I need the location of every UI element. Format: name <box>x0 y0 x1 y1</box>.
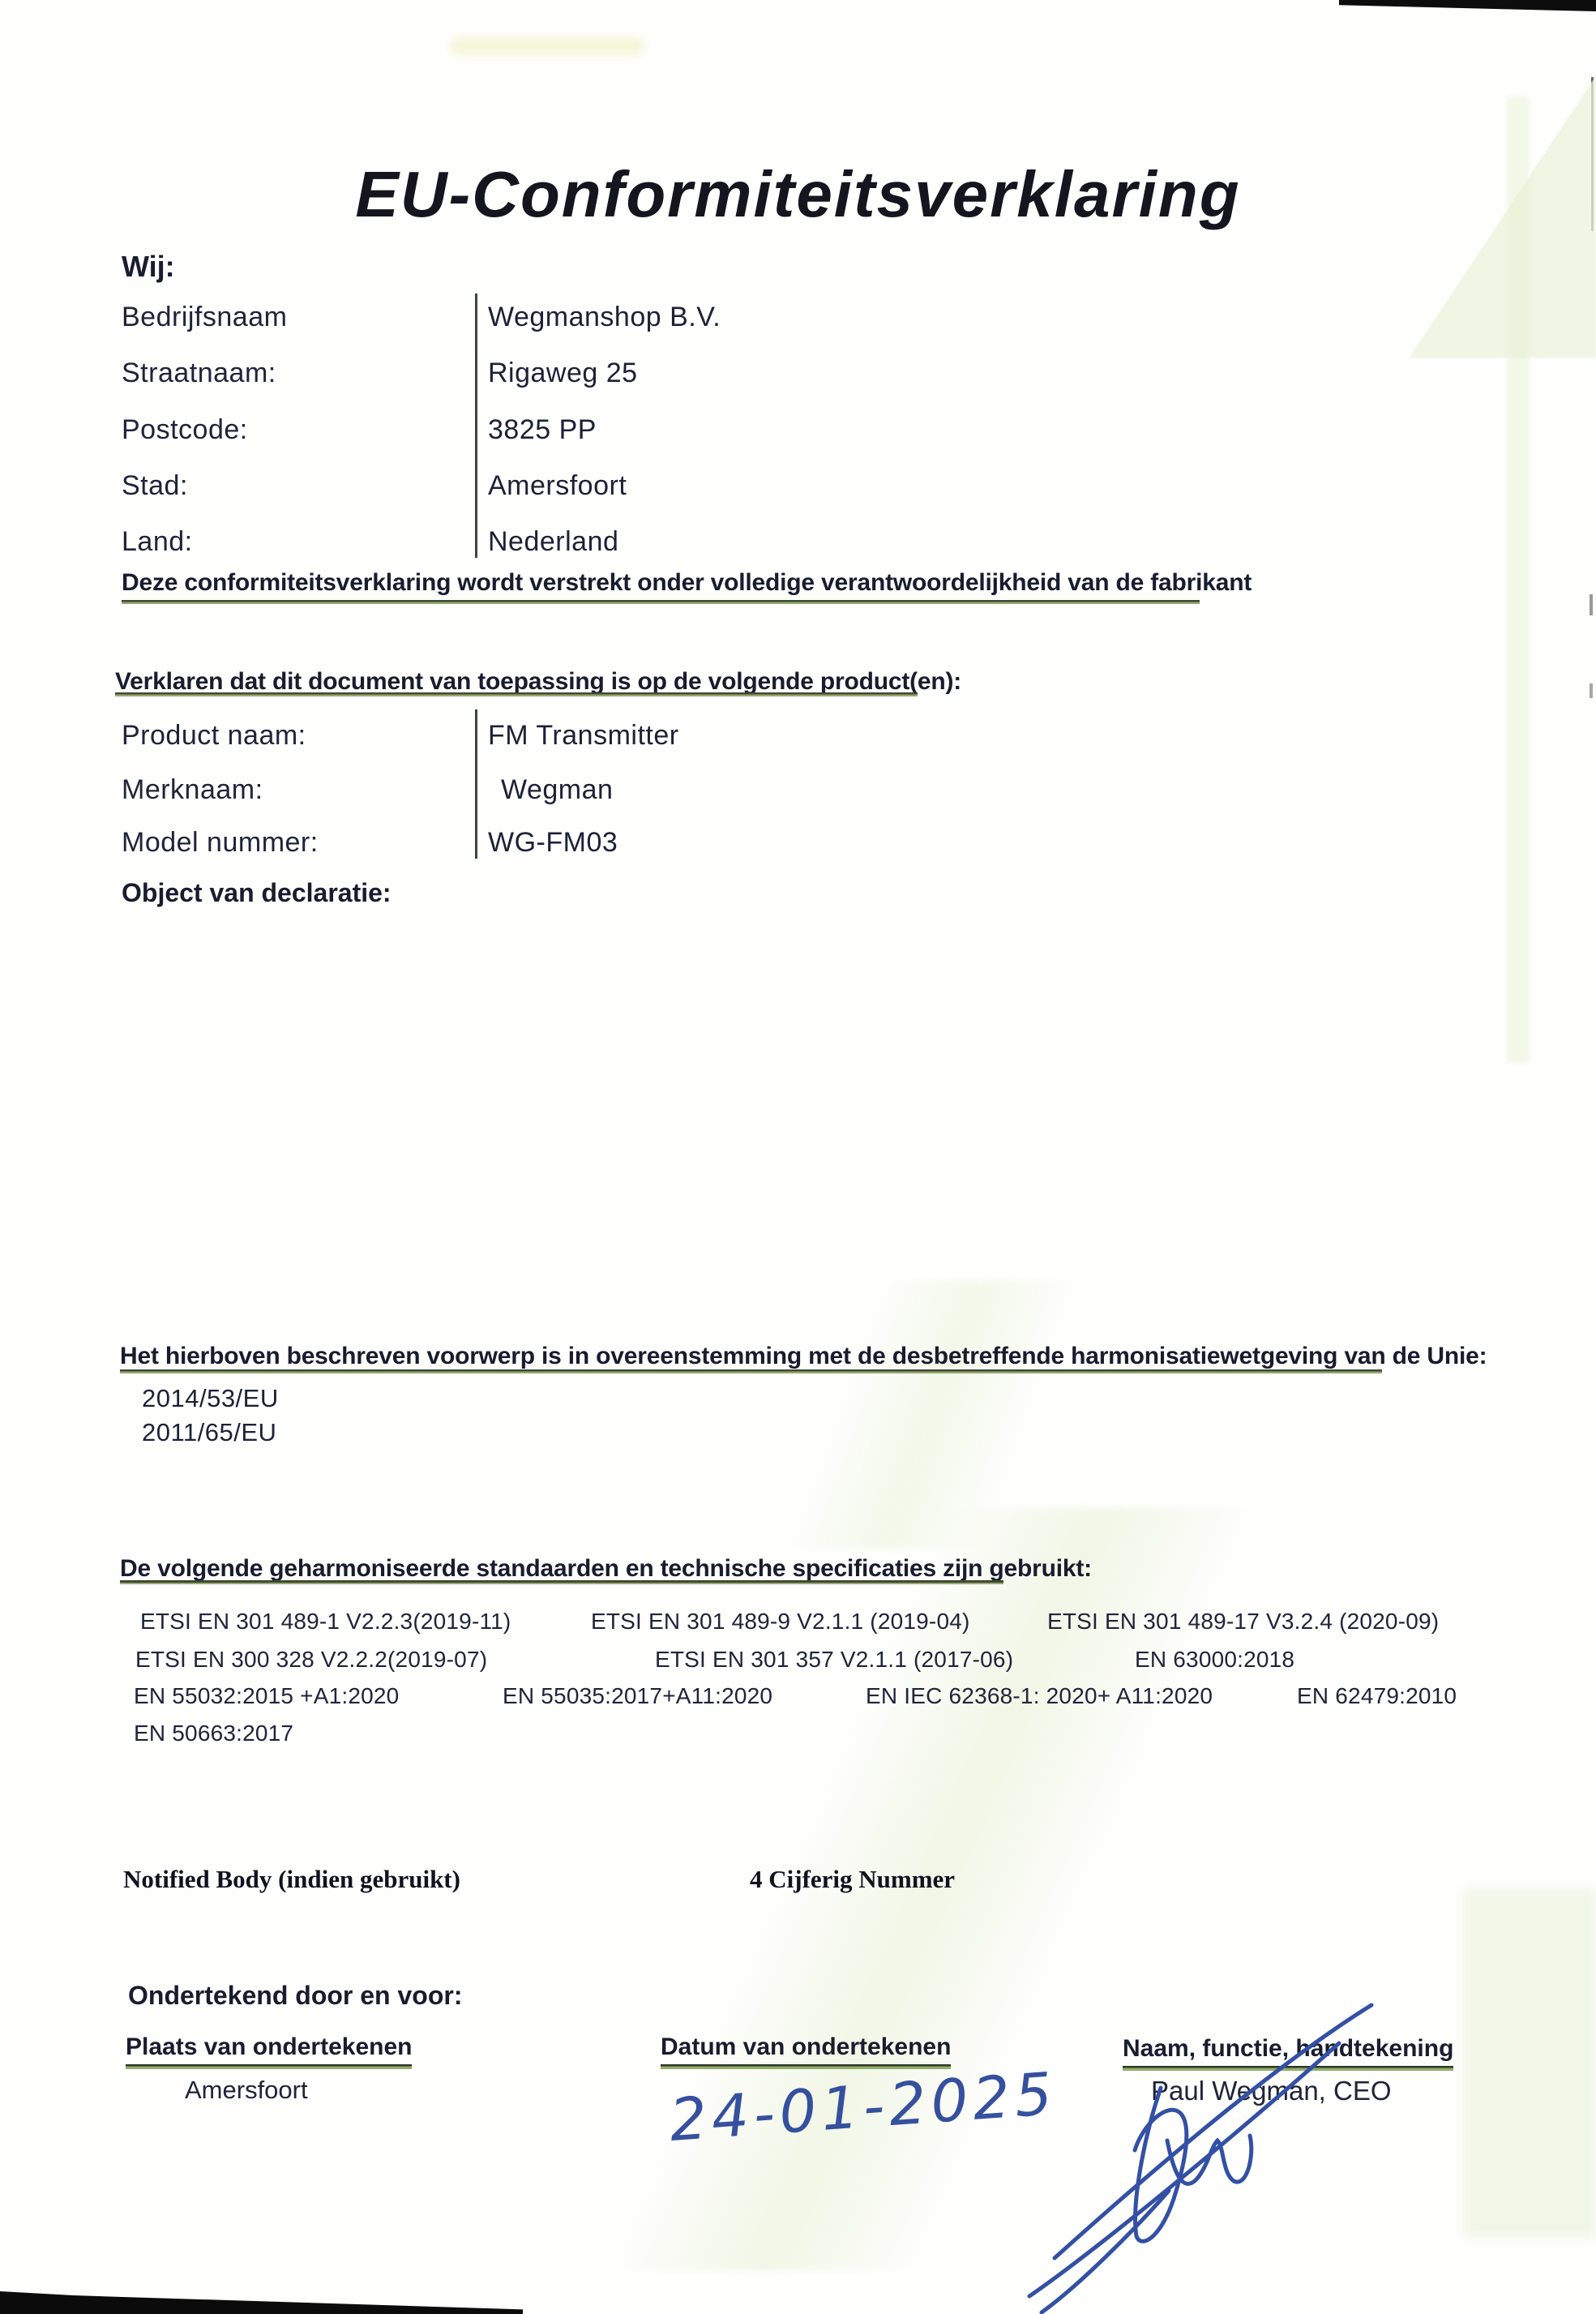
standard-item: ETSI EN 301 489-17 V3.2.4 (2020-09) <box>1047 1609 1439 1635</box>
statement-responsibility: Deze conformiteitsverklaring wordt verst… <box>122 569 1252 597</box>
notified-body-label: Notified Body (indien gebruikt) <box>123 1865 460 1894</box>
company-separator-line <box>475 294 477 558</box>
field-label-city: Stad: <box>122 470 188 502</box>
product-separator-line <box>475 709 477 859</box>
object-of-declaration-label: Object van declaratie: <box>122 878 392 908</box>
field-label-street: Straatnaam: <box>122 358 276 389</box>
we-label: Wij: <box>122 250 175 284</box>
field-value-brand: Wegman <box>501 774 613 806</box>
statement-harmonisation: Het hierboven beschreven voorwerp is in … <box>120 1343 1487 1370</box>
standard-item: ETSI EN 301 357 V2.1.1 (2017-06) <box>655 1647 1013 1673</box>
field-label-model: Model nummer: <box>122 827 319 859</box>
scan-artifact-green-wash <box>1508 97 1529 1062</box>
standard-item: EN 62479:2010 <box>1297 1683 1457 1709</box>
field-label-postcode: Postcode: <box>122 414 248 446</box>
statement-products: Verklaren dat dit document van toepassin… <box>115 668 961 696</box>
underline-rule <box>122 600 1200 604</box>
field-label-company-name: Bedrijfsnaam <box>122 302 287 333</box>
standard-item: ETSI EN 301 489-1 V2.2.3(2019-11) <box>140 1609 511 1635</box>
field-label-product-name: Product naam: <box>122 720 306 752</box>
notified-body-number-label: 4 Cijferig Nummer <box>750 1865 955 1894</box>
underline-rule <box>120 1580 1003 1584</box>
document-title: EU-Conformiteitsverklaring <box>0 157 1596 232</box>
field-label-brand: Merknaam: <box>122 774 263 806</box>
directive-red: 2014/53/EU <box>142 1384 279 1413</box>
field-value-company-name: Wegmanshop B.V. <box>488 302 721 333</box>
standard-item: EN 50663:2017 <box>134 1721 293 1746</box>
field-value-country: Nederland <box>488 526 618 558</box>
underline-rule <box>120 1369 1382 1373</box>
underline-rule <box>115 692 918 696</box>
signature-scribble <box>1029 2005 1371 2312</box>
field-label-country: Land: <box>122 526 193 558</box>
scan-artifact-smudge <box>450 37 644 55</box>
scan-artifact-right-dash <box>1590 683 1593 698</box>
standard-item: ETSI EN 301 489-9 V2.1.1 (2019-04) <box>591 1609 970 1635</box>
standard-item: EN 63000:2018 <box>1135 1647 1294 1673</box>
field-value-postcode: 3825 PP <box>488 414 597 446</box>
field-value-model: WG-FM03 <box>488 827 618 859</box>
scan-artifact-top-edge <box>1339 0 1596 11</box>
field-value-city: Amersfoort <box>488 470 627 502</box>
field-value-product-name: FM Transmitter <box>488 720 679 752</box>
field-value-street: Rigaweg 25 <box>488 358 638 389</box>
scan-artifact-green-wash <box>786 1281 1078 1549</box>
standard-item: EN IEC 62368-1: 2020+ A11:2020 <box>866 1683 1213 1709</box>
document-page: EU-Conformiteitsverklaring Wij: Bedrijfs… <box>0 0 1596 2314</box>
handwritten-ink-layer: 24-01-2025 <box>0 1978 1596 2314</box>
statement-standards: De volgende geharmoniseerde standaarden … <box>120 1555 1092 1583</box>
standard-item: EN 55035:2017+A11:2020 <box>503 1683 772 1709</box>
handwritten-date: 24-01-2025 <box>667 2059 1059 2154</box>
standard-item: EN 55032:2015 +A1:2020 <box>134 1683 399 1709</box>
scan-artifact-right-dash <box>1590 594 1593 615</box>
standard-item: ETSI EN 300 328 V2.2.2(2019-07) <box>135 1647 487 1673</box>
directive-rohs: 2011/65/EU <box>142 1418 276 1447</box>
